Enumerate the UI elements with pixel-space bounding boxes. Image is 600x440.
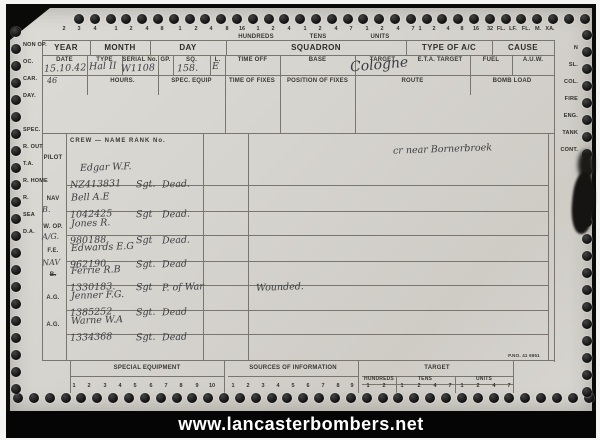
punch-hole — [582, 234, 592, 244]
scale-number: 4 — [390, 27, 406, 33]
punch-hole — [582, 98, 592, 108]
header-cell-label: DAY — [150, 44, 226, 53]
punch-hole — [582, 285, 592, 295]
punch-hole — [61, 393, 71, 403]
punch-hole — [473, 393, 483, 403]
crew-fate: Dead — [162, 333, 187, 343]
punch-hole — [140, 393, 150, 403]
scale-number: 8 — [219, 27, 235, 33]
field-value-letter: E — [212, 62, 219, 72]
punch-hole — [11, 129, 21, 139]
punch-hole — [564, 14, 574, 24]
scale-group-label: UNITS — [356, 34, 404, 41]
punch-hole — [11, 384, 21, 394]
scale-number: 4 — [139, 27, 155, 33]
punch-hole — [156, 393, 166, 403]
crew-role-handwritten: NAV — [42, 259, 60, 268]
punch-hole — [74, 14, 84, 24]
scale-number: 1 — [297, 27, 313, 33]
punch-hole — [153, 14, 163, 24]
punch-hole — [489, 393, 499, 403]
punch-hole — [469, 14, 479, 24]
crew-role-label: F.E. — [40, 248, 66, 255]
left-margin-label: D.A. — [23, 230, 35, 236]
scale-number: 2 — [81, 384, 97, 390]
scale-number: 4 — [281, 27, 297, 33]
left-margin-label: DAY. — [23, 94, 36, 100]
bottom-section-label: SOURCES OF INFORMATION — [223, 365, 363, 372]
crew-name: Edwards E.G — [71, 242, 134, 254]
crew-rank: Sgt. — [136, 260, 156, 270]
punch-hole — [11, 78, 21, 88]
right-margin-label: SL. — [550, 63, 578, 69]
punch-hole — [11, 27, 21, 37]
punch-hole — [327, 14, 337, 24]
punch-hole — [235, 393, 245, 403]
punch-hole — [169, 14, 179, 24]
punch-hole — [11, 282, 21, 292]
punch-hole — [11, 231, 21, 241]
scale-number: 1 — [172, 27, 188, 33]
crew-name: Edgar W.F. — [80, 162, 132, 173]
punch-hole — [11, 265, 21, 275]
scale-number: 1 — [454, 384, 470, 390]
punch-hole — [13, 393, 23, 403]
scale-number: 3 — [255, 384, 271, 390]
header-cell-label: TYPE OF A/C — [406, 44, 492, 53]
punch-hole — [441, 393, 451, 403]
punch-hole — [580, 14, 590, 24]
crew-name: Jenner F.G. — [71, 290, 125, 301]
punch-hole — [582, 336, 592, 346]
scale-number: 4 — [112, 384, 128, 390]
punch-hole — [11, 299, 21, 309]
scale-number: 4 — [328, 27, 344, 33]
crew-rank: Sgt — [136, 210, 153, 220]
scale-number: 4 — [486, 384, 502, 390]
grid-line — [548, 133, 549, 360]
punch-hole — [185, 14, 195, 24]
grid-line — [70, 376, 224, 377]
grid-line — [203, 133, 204, 360]
field-label: E.T.A. TARGET — [410, 57, 470, 64]
grid-line — [248, 133, 249, 360]
punch-hole — [548, 14, 558, 24]
right-margin-label: FIRE — [550, 97, 578, 103]
scale-number: 2 — [188, 27, 204, 33]
punch-hole — [582, 251, 592, 261]
scale-number: 6 — [300, 384, 316, 390]
field-label: BASE — [280, 57, 355, 64]
scale-number: 4 — [427, 384, 443, 390]
punch-hole — [45, 393, 55, 403]
crew-serial: 1334368 — [70, 332, 113, 343]
scale-number: 4 — [203, 27, 219, 33]
punch-hole — [11, 95, 21, 105]
crew-name: Warne W.A — [71, 315, 123, 326]
punch-hole — [582, 302, 592, 312]
scale-number: 10 — [204, 384, 220, 390]
scale-group-label: HUNDREDS — [232, 34, 280, 41]
scale-number: 1 — [394, 384, 410, 390]
scale-number: 1 — [108, 27, 124, 33]
punch-hole — [90, 14, 100, 24]
crew-role-label: B. — [40, 272, 66, 279]
punch-hole — [11, 367, 21, 377]
header-cell-label: CAUSE — [492, 44, 554, 53]
grid-line — [42, 360, 554, 361]
scale-number: 7 — [343, 27, 359, 33]
field-value-date: 15.10.42 — [44, 63, 87, 74]
crew-role-label: A.G. — [40, 322, 66, 329]
left-margin-label: R. OUT — [23, 145, 43, 151]
punch-hole — [248, 14, 258, 24]
scale-number: 1 — [225, 384, 241, 390]
right-margin-label: N — [550, 46, 578, 52]
punch-hole — [11, 44, 21, 54]
left-margin-label: T.A. — [23, 162, 34, 168]
punch-hole — [251, 393, 261, 403]
target-subgroup-label: UNITS — [460, 377, 508, 383]
right-margin-label: TANK — [550, 131, 578, 137]
crew-fate: Dead. — [162, 180, 190, 190]
field-label: A.U.W. — [512, 57, 554, 64]
punch-hole — [582, 30, 592, 40]
section-label: POSITION OF FIXES — [280, 78, 355, 85]
scale-number: 9 — [189, 384, 205, 390]
scale-number: 1 — [66, 384, 82, 390]
punch-hole — [11, 214, 21, 224]
scale-number: 2 — [240, 384, 256, 390]
left-margin-label: SEA — [23, 213, 35, 219]
target-subgroup-label: HUNDREDS — [355, 377, 403, 383]
field-value-serial: W1108 — [121, 63, 155, 74]
header-cell-label: SQUADRON — [226, 44, 406, 53]
crew-role-label: NAV — [40, 196, 66, 203]
scale-number: 2 — [312, 27, 328, 33]
punch-hole — [330, 393, 340, 403]
left-margin-label: SPEC. — [23, 128, 41, 134]
grid-line — [42, 133, 554, 134]
grid-line — [66, 133, 67, 360]
scale-number: 2 — [470, 384, 486, 390]
scale-number: 1 — [250, 27, 266, 33]
crew-fate: P. of War — [162, 282, 204, 293]
watermark-text: www.lancasterbombers.net — [178, 414, 423, 435]
punch-hole — [582, 268, 592, 278]
grid-line — [228, 376, 358, 377]
punch-hole — [378, 393, 388, 403]
crew-rank: Sgt. — [136, 333, 156, 343]
field-label: FUEL — [470, 57, 512, 64]
punch-hole — [11, 146, 21, 156]
loss-card-scan: 23412481248161241247124712481632FL.LF.FL… — [0, 0, 600, 440]
bottom-section-label: SPECIAL EQUIPMENT — [77, 365, 217, 372]
punch-hole — [406, 14, 416, 24]
crew-serial: NZ413831 — [70, 179, 121, 190]
punch-hole — [536, 393, 546, 403]
crew-fate: Dead — [162, 260, 187, 270]
punch-hole — [11, 112, 21, 122]
scale-number: 1 — [359, 27, 375, 33]
punch-hole — [11, 248, 21, 258]
punch-hole — [568, 393, 578, 403]
punch-hole — [485, 14, 495, 24]
section-label: SPEC. EQUIP — [158, 78, 225, 85]
scale-number: 7 — [315, 384, 331, 390]
punch-hole — [582, 370, 592, 380]
watermark-bar: www.lancasterbombers.net — [6, 411, 596, 438]
punch-hole — [172, 393, 182, 403]
scale-number: 8 — [173, 384, 189, 390]
section-label: ROUTE — [355, 78, 470, 85]
crew-header: CREW — NAME RANK No. — [70, 138, 220, 145]
punch-hole — [390, 14, 400, 24]
punch-hole — [582, 64, 592, 74]
punch-hole — [346, 393, 356, 403]
punch-hole — [11, 333, 21, 343]
left-margin-label: R. HOME — [23, 179, 48, 185]
scale-number: XA. — [542, 27, 558, 33]
punch-hole — [582, 319, 592, 329]
punch-hole — [311, 14, 321, 24]
right-margin-label: ENG. — [550, 114, 578, 120]
field-value-type: Hal II — [89, 62, 117, 72]
scale-number: 7 — [158, 384, 174, 390]
punch-hole — [422, 14, 432, 24]
right-margin-label: CONT. — [550, 148, 578, 154]
crew-role-label: W. OP. — [40, 224, 66, 231]
field-label: TIME OFF — [225, 57, 280, 64]
crew-role-handwritten: B. — [42, 206, 51, 214]
scale-number: 7 — [501, 384, 517, 390]
crew-name: Bell A.E — [71, 192, 110, 203]
grid-line — [225, 55, 226, 133]
scale-number: 1 — [360, 384, 376, 390]
punch-hole — [582, 387, 592, 397]
scale-number: 2 — [376, 384, 392, 390]
punch-hole — [501, 14, 511, 24]
left-margin-label: CAR. — [23, 77, 37, 83]
crew-role-label: A.G. — [40, 295, 66, 302]
punch-hole — [11, 197, 21, 207]
section-label: BOMB LOAD — [470, 78, 554, 85]
crew-name: Ferrie R.B — [71, 265, 121, 276]
punch-hole — [582, 81, 592, 91]
scale-number: 2 — [56, 27, 72, 33]
punch-hole — [582, 115, 592, 125]
scale-number: 9 — [344, 384, 360, 390]
grid-line — [280, 55, 281, 133]
punch-hole — [29, 393, 39, 403]
punch-hole — [582, 47, 592, 57]
crew-name: Jones R. — [71, 218, 111, 229]
crew-rank: Sgt — [136, 236, 153, 246]
punch-hole — [11, 163, 21, 173]
punch-hole — [267, 393, 277, 403]
punch-hole — [343, 14, 353, 24]
grid-line — [42, 75, 554, 76]
crew-rank: Sgt — [136, 283, 153, 293]
grid-line — [554, 40, 555, 362]
scale-number: 3 — [71, 27, 87, 33]
scale-number: 4 — [270, 384, 286, 390]
scale-number: 2 — [374, 27, 390, 33]
punch-hole — [232, 14, 242, 24]
punch-hole — [582, 353, 592, 363]
scale-number: 4 — [87, 27, 103, 33]
punch-hole — [106, 14, 116, 24]
crew-remark: Wounded. — [256, 282, 304, 293]
scale-number: 6 — [143, 384, 159, 390]
punch-hole — [11, 316, 21, 326]
scale-number: 8 — [154, 27, 170, 33]
punch-hole — [457, 393, 467, 403]
scale-number: 3 — [97, 384, 113, 390]
scale-number: 5 — [285, 384, 301, 390]
scale-number: 2 — [411, 384, 427, 390]
crew-fate: Dead — [162, 308, 187, 318]
left-margin-label: NON OP. — [23, 43, 47, 49]
target-subgroup-label: TENS — [401, 377, 449, 383]
scale-number: 5 — [127, 384, 143, 390]
punch-hole — [124, 393, 134, 403]
section-label: HOURS. — [87, 78, 158, 85]
scale-group-label: TENS — [294, 34, 342, 41]
crew-role-handwritten: A/G. — [42, 233, 59, 242]
punch-hole — [11, 61, 21, 71]
section-label: TIME OF FIXES — [228, 78, 276, 85]
header-cell-label: MONTH — [90, 44, 150, 53]
right-margin-label: COL. — [550, 80, 578, 86]
bottom-section-label: TARGET — [367, 365, 507, 372]
punch-hole — [11, 350, 21, 360]
punch-hole — [552, 393, 562, 403]
crew-rank: Sgt. — [136, 180, 156, 190]
crew-fate: Dead. — [162, 236, 190, 246]
field-value-squadron: 158. — [177, 64, 198, 74]
left-margin-label: R. — [23, 196, 29, 202]
crew-role-label: PILOT — [40, 155, 66, 162]
punch-hole — [362, 393, 372, 403]
punch-hole — [582, 132, 592, 142]
field-value-hours: 46 — [47, 77, 57, 85]
scale-number: 2 — [123, 27, 139, 33]
punch-hole — [11, 180, 21, 190]
print-reference: P.NO. 41 6951 — [498, 353, 550, 358]
field-label: GP. — [158, 57, 173, 64]
header-cell-label: YEAR — [42, 44, 90, 53]
grid-line — [42, 55, 554, 56]
crew-rank: Sgt. — [136, 308, 156, 318]
crew-fate: Dead. — [162, 210, 190, 220]
punch-hole — [219, 393, 229, 403]
scale-number: 2 — [265, 27, 281, 33]
scale-number: 16 — [234, 27, 250, 33]
left-margin-label: OC. — [23, 60, 33, 66]
punch-hole — [264, 14, 274, 24]
